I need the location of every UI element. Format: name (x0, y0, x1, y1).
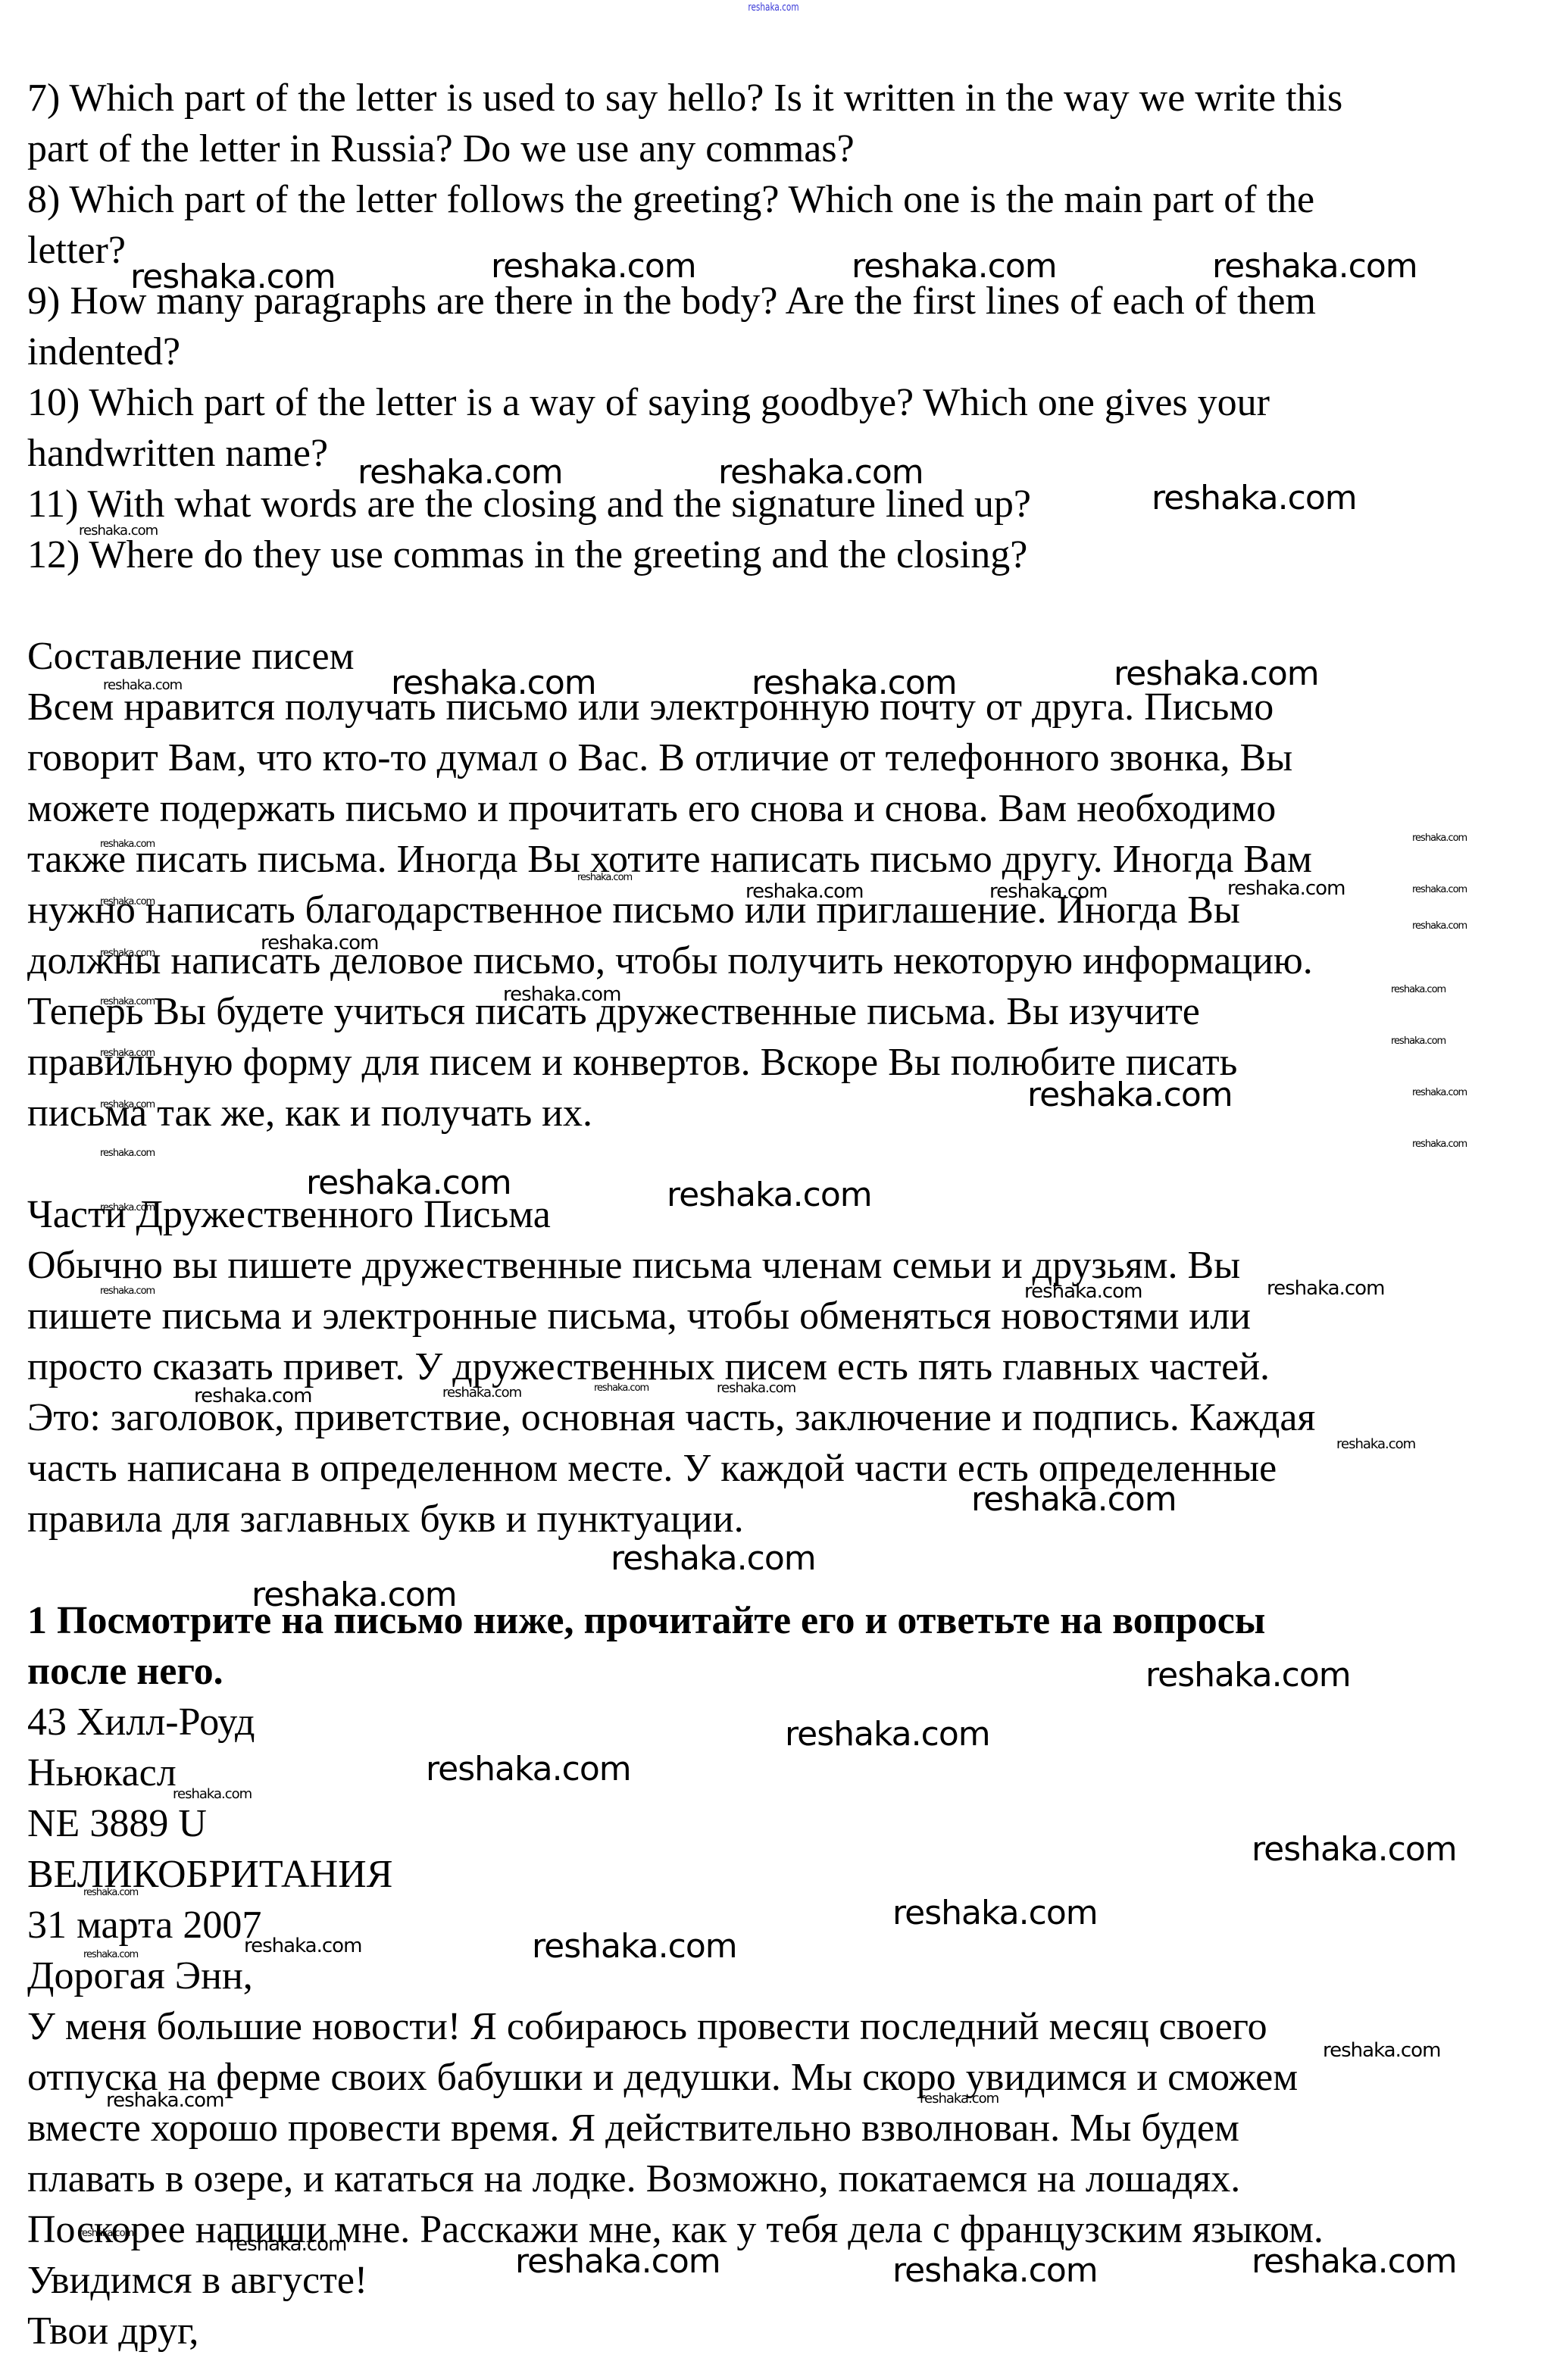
watermark: reshaka.com (752, 667, 957, 700)
letter-body-line: У меня большие новости! Я собираюсь пров… (27, 2001, 1527, 2052)
watermark: reshaka.com (100, 1100, 155, 1110)
watermark: reshaka.com (491, 250, 696, 283)
watermark: reshaka.com (1252, 1833, 1457, 1866)
watermark: reshaka.com (229, 2235, 346, 2254)
watermark: reshaka.com (892, 1897, 1098, 1930)
watermark: reshaka.com (306, 1167, 511, 1200)
watermark: reshaka.com (100, 1048, 155, 1058)
watermark: reshaka.com (667, 1179, 872, 1212)
document-page: 7) Which part of the letter is used to s… (27, 73, 1527, 2357)
watermark: reshaka.com (1412, 885, 1467, 895)
watermark: reshaka.com (852, 250, 1057, 283)
watermark: reshaka.com (100, 1286, 155, 1296)
watermark: reshaka.com (989, 882, 1107, 901)
question-line: 12) Where do they use commas in the gree… (27, 529, 1527, 580)
watermark: reshaka.com (83, 1888, 138, 1897)
watermark: reshaka.com (358, 456, 563, 489)
watermark: reshaka.com (100, 1203, 155, 1213)
watermark: reshaka.com (971, 1483, 1177, 1516)
spacer (27, 580, 1527, 631)
question-line: part of the letter in Russia? Do we use … (27, 123, 1527, 174)
watermark: reshaka.com (130, 261, 336, 294)
question-line: indented? (27, 326, 1527, 377)
watermark: reshaka.com (100, 897, 155, 907)
watermark: reshaka.com (1027, 1079, 1233, 1112)
watermark: reshaka.com (745, 882, 863, 901)
watermark: reshaka.com (1145, 1659, 1351, 1692)
watermark: reshaka.com (577, 873, 632, 882)
watermark: reshaka.com (717, 1382, 795, 1395)
watermark: reshaka.com (100, 839, 155, 849)
watermark: reshaka.com (1412, 1139, 1467, 1149)
letter-body-line: отпуска на ферме своих бабушки и дедушки… (27, 2052, 1527, 2103)
watermark: reshaka.com (1212, 250, 1417, 283)
watermark: reshaka.com (503, 985, 620, 1004)
paragraph-line: Теперь Вы будете учиться писать дружеств… (27, 986, 1527, 1037)
watermark: reshaka.com (106, 2091, 223, 2110)
paragraph-line: письма так же, как и получать их. (27, 1088, 1527, 1138)
watermark: reshaka.com (252, 1579, 457, 1612)
watermark: reshaka.com (100, 948, 155, 958)
watermark: reshaka.com (920, 2092, 999, 2106)
watermark: reshaka.com (103, 679, 182, 692)
paragraph-line: правильную форму для писем и конвертов. … (27, 1037, 1527, 1088)
watermark: reshaka.com (244, 1936, 361, 1956)
watermark: reshaka.com (1152, 482, 1357, 515)
letter-body-line: вместе хорошо провести время. Я действит… (27, 2103, 1527, 2154)
paragraph-line: говорит Вам, что кто-то думал о Вас. В о… (27, 732, 1527, 783)
question-line: 8) Which part of the letter follows the … (27, 174, 1527, 225)
watermark: reshaka.com (1336, 1438, 1415, 1451)
watermark: reshaka.com (1391, 985, 1445, 995)
watermark: reshaka.com (532, 1930, 737, 1963)
paragraph-line: можете подержать письмо и прочитать его … (27, 783, 1527, 834)
watermark: reshaka.com (426, 1753, 631, 1786)
watermark: reshaka.com (100, 1148, 155, 1158)
site-header-mark: reshaka.com (193, 0, 1354, 15)
watermark: reshaka.com (892, 2254, 1098, 2288)
watermark: reshaka.com (173, 1788, 252, 1801)
question-line: 7) Which part of the letter is used to s… (27, 73, 1527, 123)
watermark: reshaka.com (1227, 879, 1345, 898)
watermark: reshaka.com (442, 1386, 521, 1400)
watermark: reshaka.com (83, 1950, 138, 1960)
letter-address-line: 43 Хилл-Роуд (27, 1697, 1527, 1748)
letter-address-line: Ньюкасл (27, 1748, 1527, 1798)
watermark: reshaka.com (391, 667, 596, 700)
paragraph-line: правила для заглавных букв и пунктуации. (27, 1494, 1527, 1545)
watermark: reshaka.com (261, 933, 378, 953)
watermark: reshaka.com (1024, 1282, 1142, 1301)
paragraph-line: часть написана в определенном месте. У к… (27, 1443, 1527, 1494)
letter-greeting: Дорогая Энн, (27, 1951, 1527, 2001)
paragraph-line: должны написать деловое письмо, чтобы по… (27, 935, 1527, 986)
watermark: reshaka.com (1412, 1088, 1467, 1098)
watermark: reshaka.com (1114, 657, 1319, 691)
watermark: reshaka.com (79, 2229, 133, 2238)
watermark: reshaka.com (1252, 2245, 1457, 2278)
watermark: reshaka.com (594, 1383, 648, 1393)
watermark: reshaka.com (515, 2245, 720, 2278)
letter-body-line: плавать в озере, и кататься на лодке. Во… (27, 2154, 1527, 2204)
watermark: reshaka.com (785, 1718, 990, 1751)
watermark: reshaka.com (1267, 1279, 1384, 1298)
watermark: reshaka.com (1391, 1036, 1445, 1046)
letter-closing: Твои друг, (27, 2306, 1527, 2357)
question-line: 10) Which part of the letter is a way of… (27, 377, 1527, 428)
watermark: reshaka.com (79, 524, 158, 538)
watermark: reshaka.com (611, 1542, 816, 1576)
watermark: reshaka.com (194, 1386, 311, 1406)
watermark: reshaka.com (1412, 921, 1467, 931)
watermark: reshaka.com (100, 997, 155, 1007)
watermark: reshaka.com (1412, 833, 1467, 843)
watermark: reshaka.com (718, 456, 924, 489)
watermark: reshaka.com (1323, 2041, 1440, 2060)
section-friendly-letter-parts: Части Дружественного Письма Обычно вы пи… (27, 1189, 1527, 1545)
